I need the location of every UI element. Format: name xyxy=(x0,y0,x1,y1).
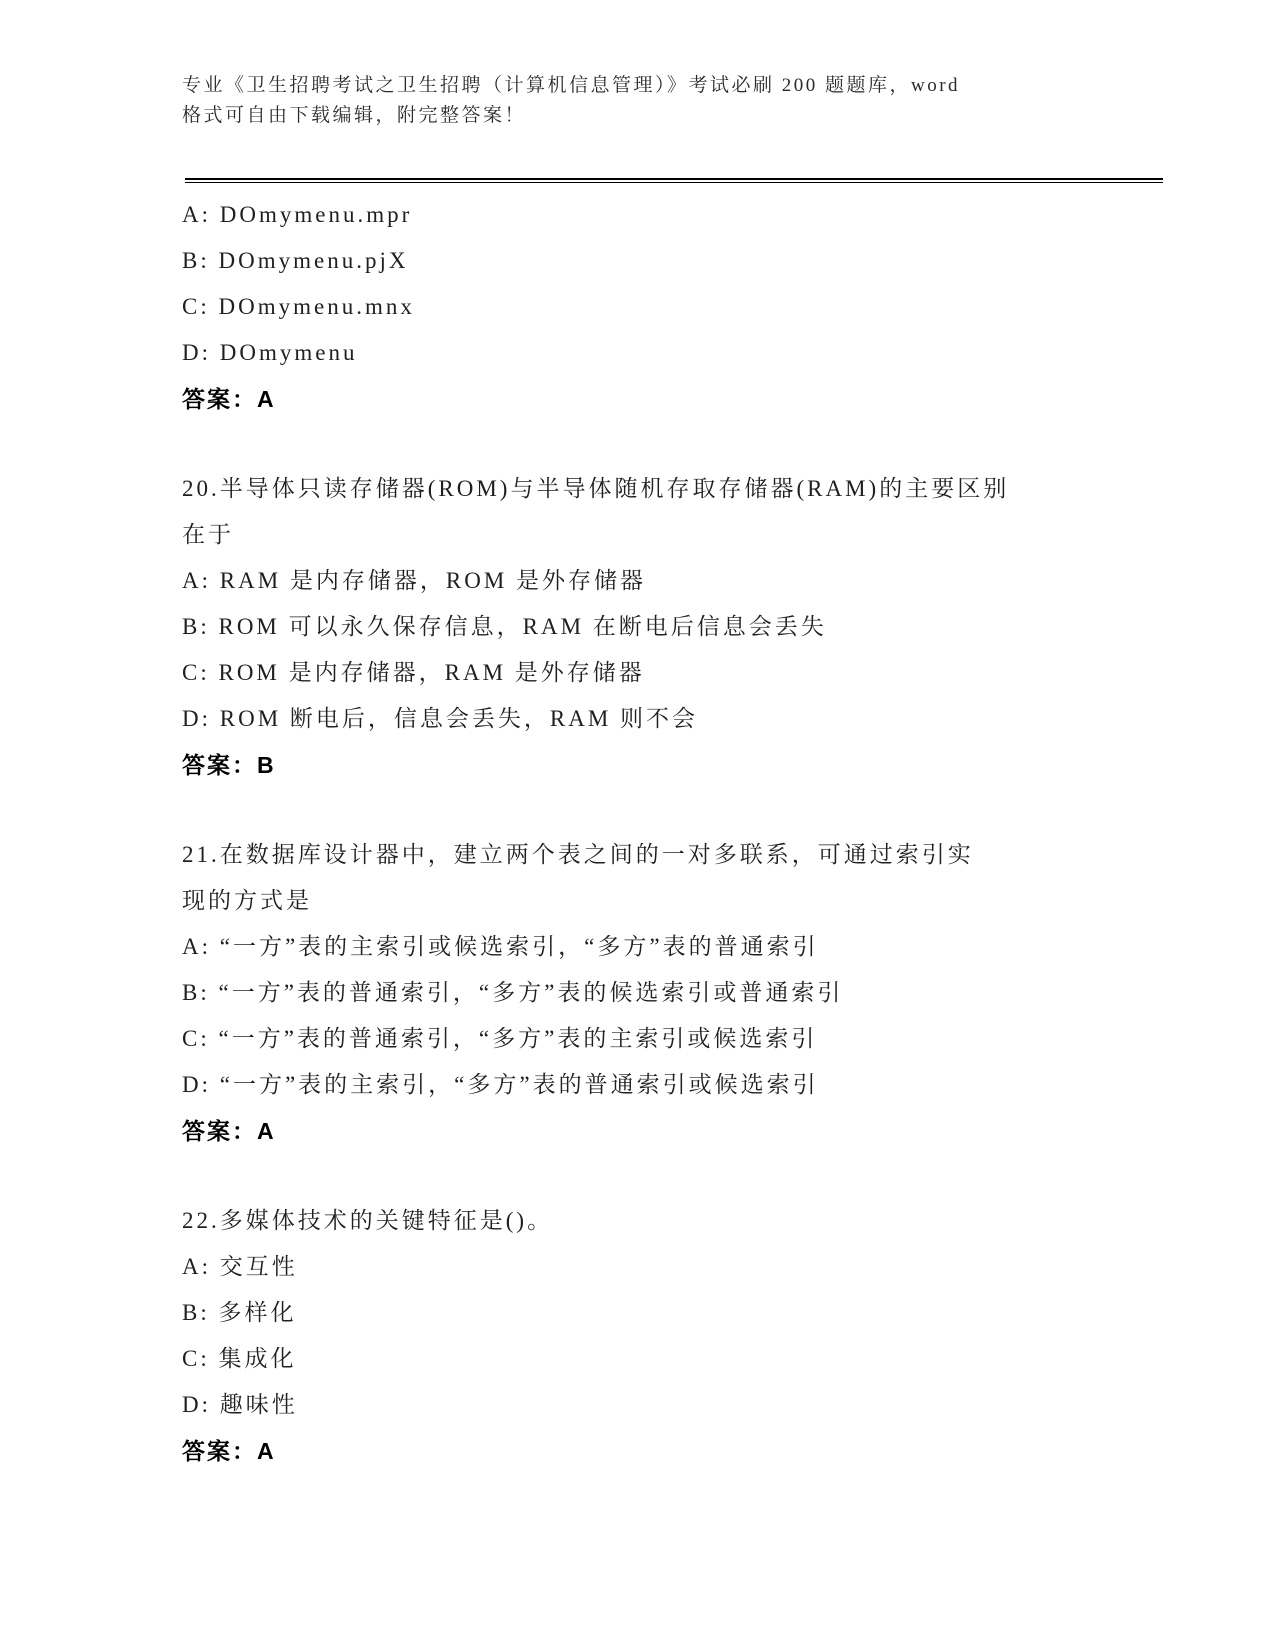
option-line-d: D: 趣味性 xyxy=(182,1382,1165,1428)
question-text-line: 20.半导体只读存储器(ROM)与半导体随机存取存储器(RAM)的主要区别 xyxy=(182,466,1165,512)
option-line-c: C: DOmymenu.mnx xyxy=(182,284,1165,330)
header-rule xyxy=(185,178,1163,183)
option-line-a: A: “一方”表的主索引或候选索引，“多方”表的普通索引 xyxy=(182,924,1165,970)
option-line-b: B: DOmymenu.pjX xyxy=(182,238,1165,284)
question-block-22: 22.多媒体技术的关键特征是()。 A: 交互性 B: 多样化 C: 集成化 D… xyxy=(182,1198,1165,1474)
answer-line: 答案：B xyxy=(182,742,1165,788)
answer-line: 答案：A xyxy=(182,1108,1165,1154)
header-line-2: 格式可自由下载编辑，附完整答案！ xyxy=(182,101,1165,131)
question-block-20: 20.半导体只读存储器(ROM)与半导体随机存取存储器(RAM)的主要区别 在于… xyxy=(182,466,1165,788)
option-line-b: B: “一方”表的普通索引，“多方”表的候选索引或普通索引 xyxy=(182,970,1165,1016)
option-line-b: B: ROM 可以永久保存信息，RAM 在断电后信息会丢失 xyxy=(182,604,1165,650)
option-line-c: C: 集成化 xyxy=(182,1336,1165,1382)
option-line-d: D: DOmymenu xyxy=(182,330,1165,376)
option-line-a: A: DOmymenu.mpr xyxy=(182,192,1165,238)
header-line-1: 专业《卫生招聘考试之卫生招聘（计算机信息管理）》考试必刷 200 题题库，wor… xyxy=(182,71,1165,101)
option-line-c: C: “一方”表的普通索引，“多方”表的主索引或候选索引 xyxy=(182,1016,1165,1062)
question-text-line: 22.多媒体技术的关键特征是()。 xyxy=(182,1198,1165,1244)
options-block-previous-question: A: DOmymenu.mpr B: DOmymenu.pjX C: DOmym… xyxy=(182,192,1165,422)
question-text-line: 21.在数据库设计器中，建立两个表之间的一对多联系，可通过索引实 xyxy=(182,832,1165,878)
answer-line: 答案：A xyxy=(182,376,1165,422)
option-line-c: C: ROM 是内存储器，RAM 是外存储器 xyxy=(182,650,1165,696)
option-line-d: D: “一方”表的主索引，“多方”表的普通索引或候选索引 xyxy=(182,1062,1165,1108)
option-line-b: B: 多样化 xyxy=(182,1290,1165,1336)
question-text-line: 现的方式是 xyxy=(182,878,1165,924)
option-line-a: A: 交互性 xyxy=(182,1244,1165,1290)
page-header: 专业《卫生招聘考试之卫生招聘（计算机信息管理）》考试必刷 200 题题库，wor… xyxy=(182,71,1165,131)
document-page: 专业《卫生招聘考试之卫生招聘（计算机信息管理）》考试必刷 200 题题库，wor… xyxy=(0,0,1275,1650)
answer-line: 答案：A xyxy=(182,1428,1165,1474)
option-line-a: A: RAM 是内存储器，ROM 是外存储器 xyxy=(182,558,1165,604)
question-block-21: 21.在数据库设计器中，建立两个表之间的一对多联系，可通过索引实 现的方式是 A… xyxy=(182,832,1165,1154)
question-text-line: 在于 xyxy=(182,512,1165,558)
option-line-d: D: ROM 断电后，信息会丢失，RAM 则不会 xyxy=(182,696,1165,742)
